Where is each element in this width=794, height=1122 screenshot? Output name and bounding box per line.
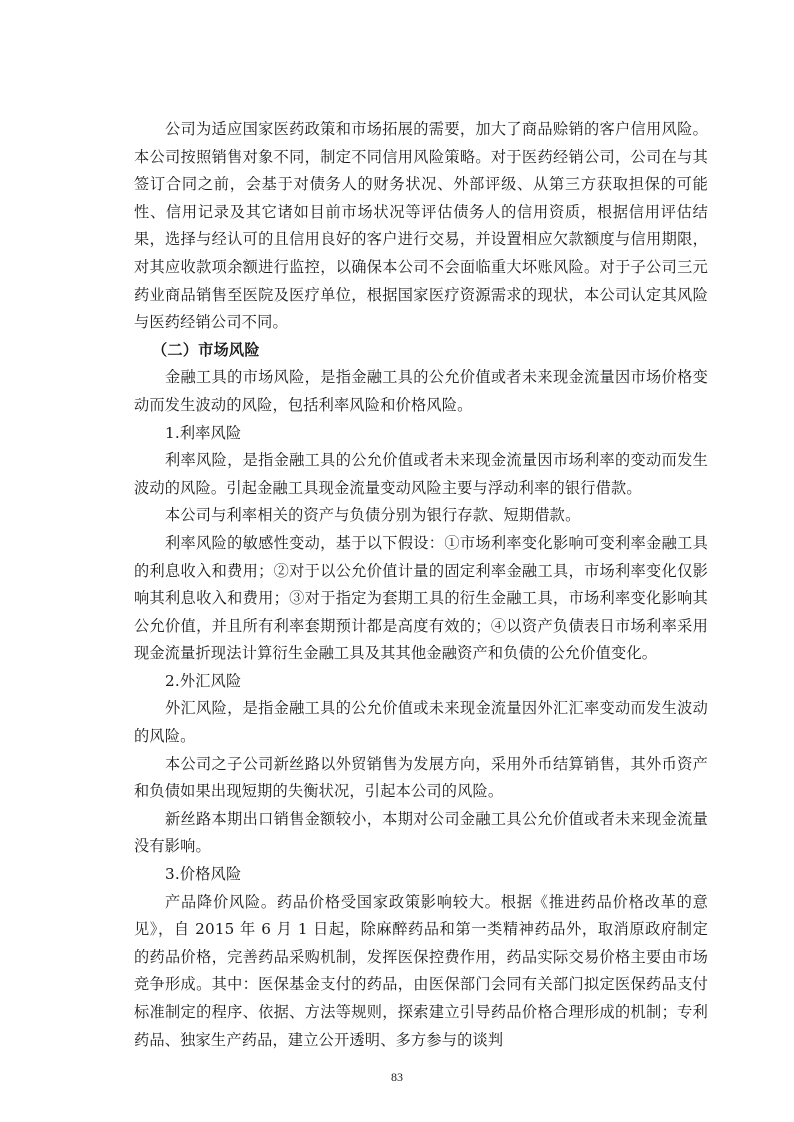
paragraph-fx-subsidiary: 本公司之子公司新丝路以外贸销售为发展方向，采用外币结算销售，其外币资产和负债如果… <box>134 751 708 806</box>
paragraph-fx-impact: 新丝路本期出口销售金额较小，本期对公司金融工具公允价值或者未来现金流量没有影响。 <box>134 806 708 861</box>
subheading-price-risk: 3.价格风险 <box>134 861 708 889</box>
paragraph-credit-risk: 公司为适应国家医药政策和市场拓展的需要，加大了商品赊销的客户信用风险。本公司按照… <box>134 116 708 337</box>
page-number: 83 <box>0 1070 794 1085</box>
paragraph-fx-definition: 外汇风险，是指金融工具的公允价值或未来现金流量因外汇汇率变动而发生波动的风险。 <box>134 695 708 750</box>
subheading-fx-risk: 2.外汇风险 <box>134 668 708 696</box>
section-heading-market-risk: （二）市场风险 <box>134 337 708 365</box>
paragraph-market-risk-definition: 金融工具的市场风险，是指金融工具的公允价值或者未来现金流量因市场价格变动而发生波… <box>134 364 708 419</box>
paragraph-interest-rate-assets: 本公司与利率相关的资产与负债分别为银行存款、短期借款。 <box>134 502 708 530</box>
paragraph-interest-rate-definition: 利率风险，是指金融工具的公允价值或者未来现金流量因市场利率的变动而发生波动的风险… <box>134 447 708 502</box>
paragraph-price-risk: 产品降价风险。药品价格受国家政策影响较大。根据《推进药品价格改革的意见》，自 2… <box>134 889 708 1055</box>
paragraph-interest-rate-sensitivity: 利率风险的敏感性变动，基于以下假设：①市场利率变化影响可变利率金融工具的利息收入… <box>134 530 708 668</box>
subheading-interest-rate-risk: 1.利率风险 <box>134 420 708 448</box>
document-body: 公司为适应国家医药政策和市场拓展的需要，加大了商品赊销的客户信用风险。本公司按照… <box>134 116 708 1054</box>
